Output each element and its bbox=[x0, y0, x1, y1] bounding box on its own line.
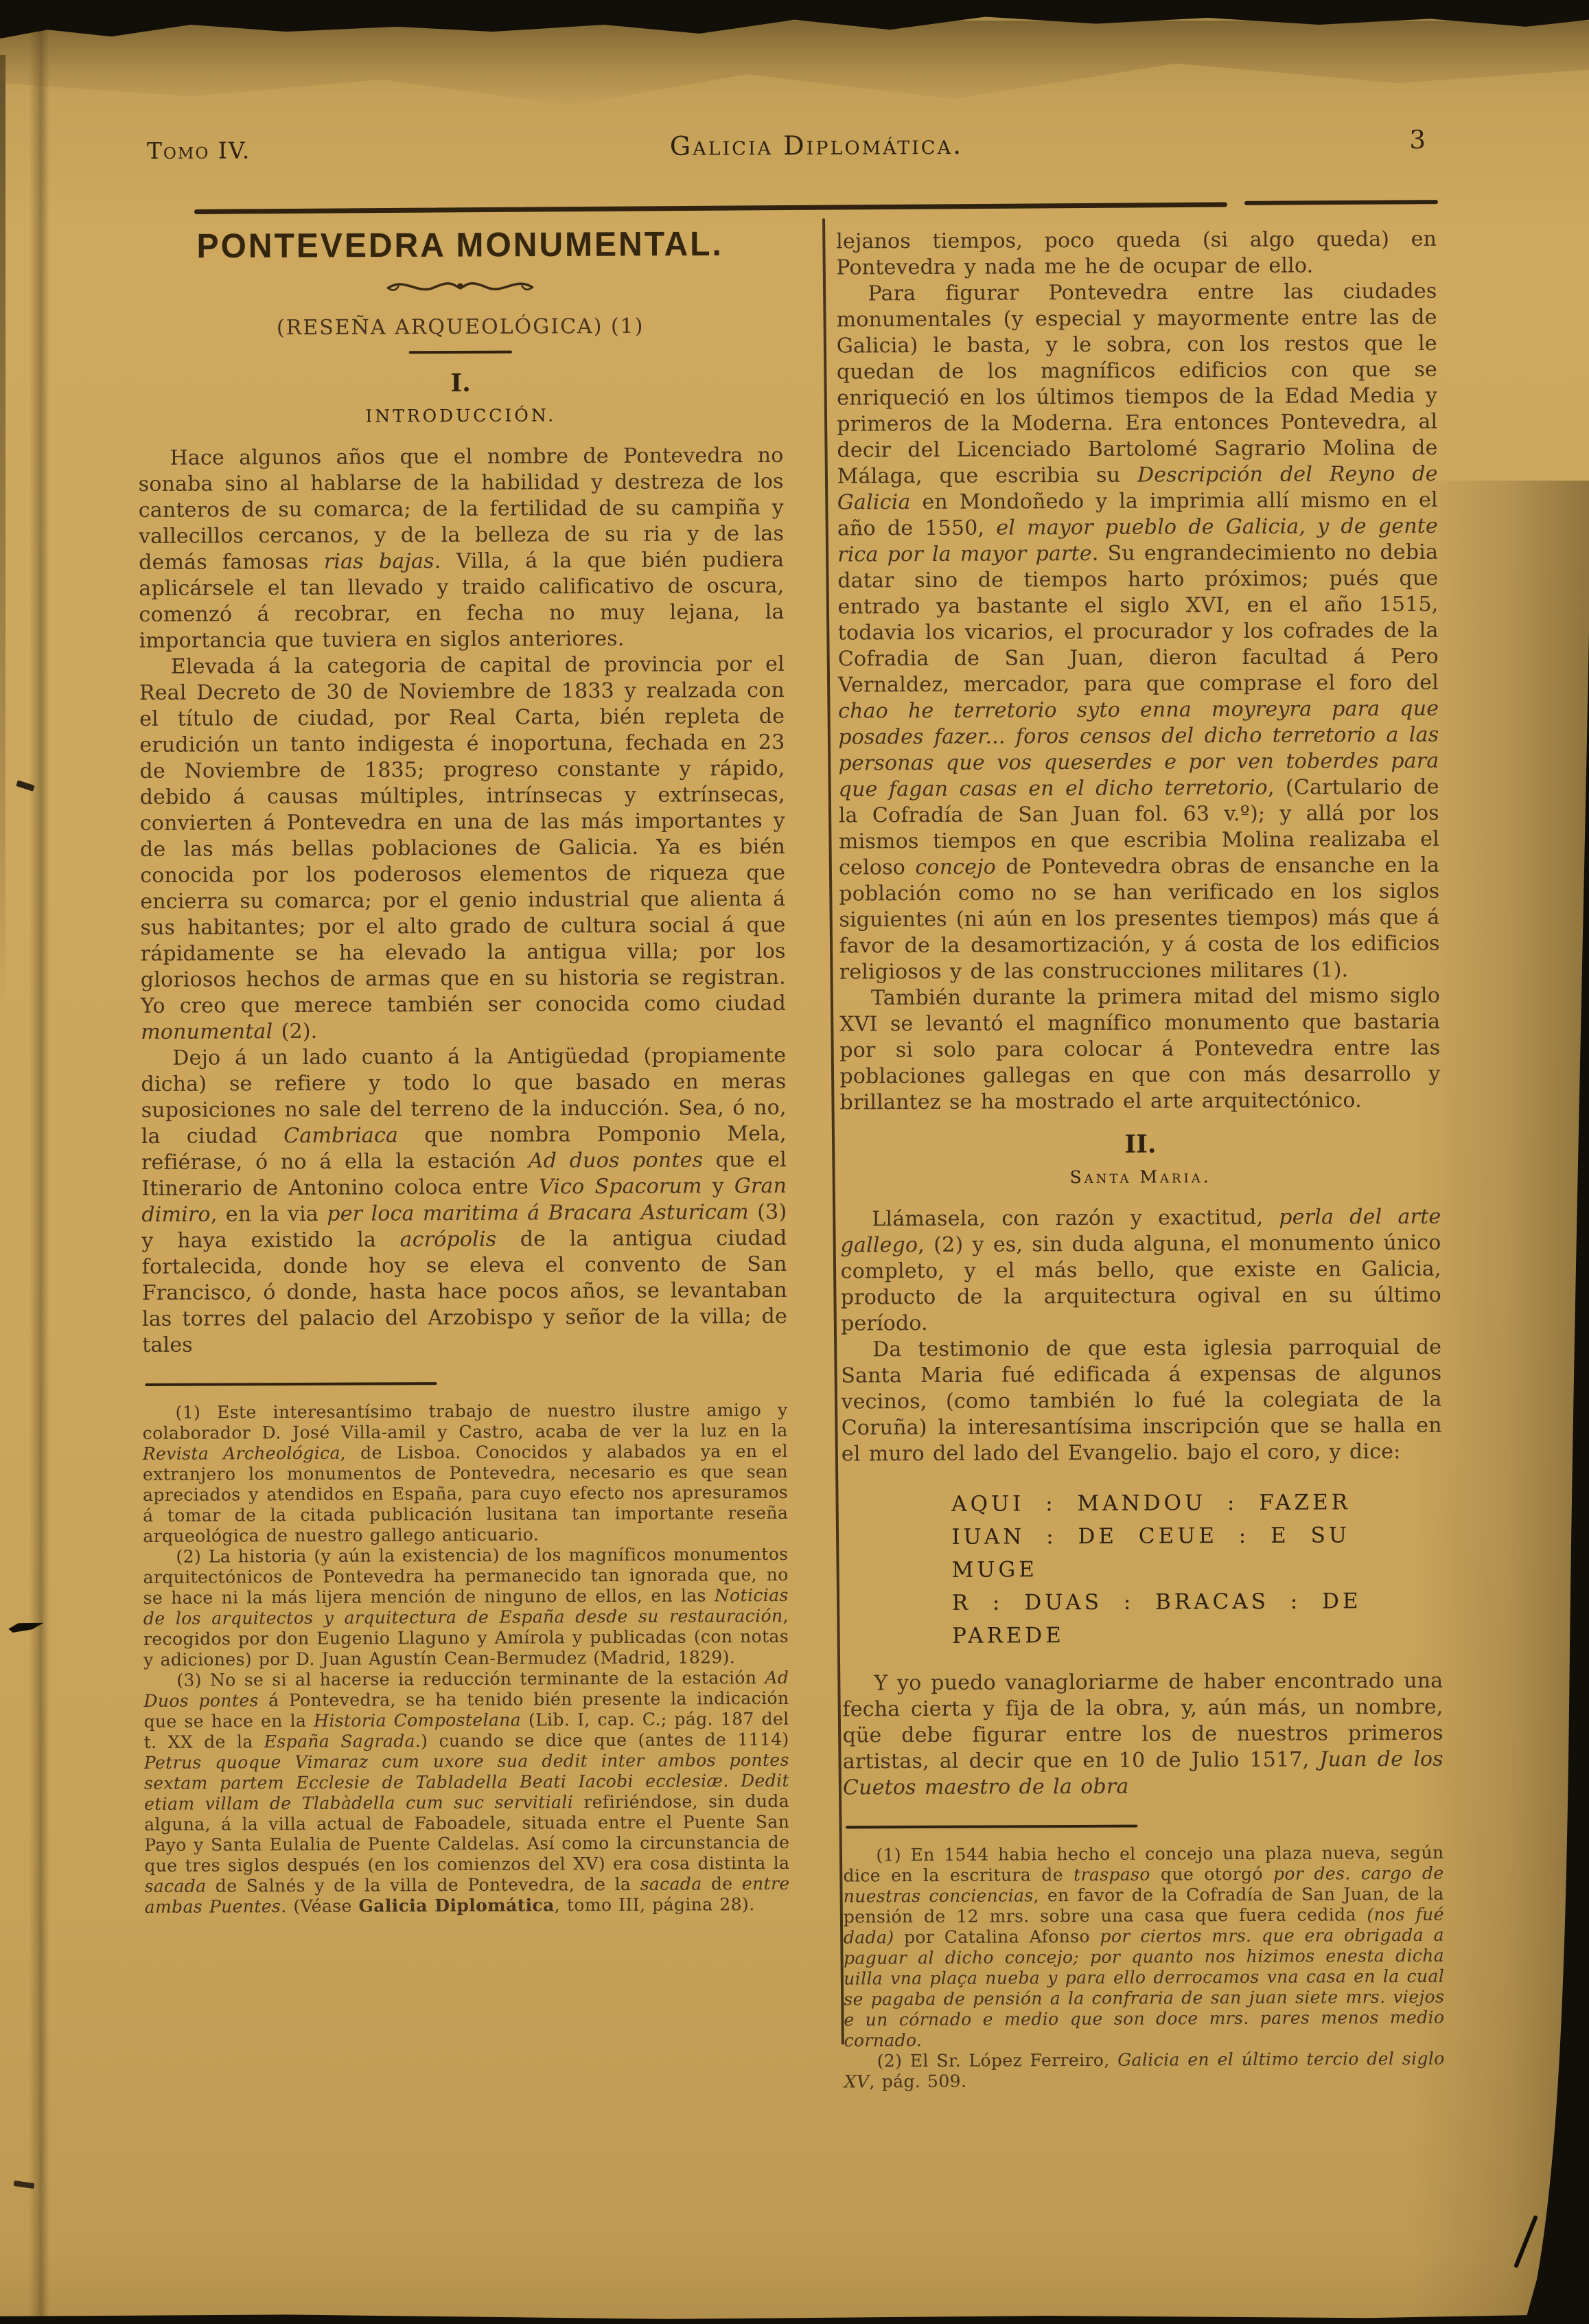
paragraph: Elevada á la categoria de capital de pro… bbox=[139, 652, 786, 1046]
footnote: (2) La historia (y aún la existencia) de… bbox=[143, 1544, 789, 1670]
text-run: Para figurar Pontevedra entre las ciudad… bbox=[837, 279, 1438, 489]
text-run: . (Véase bbox=[281, 1896, 358, 1916]
scan-torn-edge-shade bbox=[0, 21, 1589, 110]
text-run: Revista Archeológica bbox=[143, 1443, 340, 1464]
paragraph: lejanos tiempos, poco queda (si algo que… bbox=[836, 227, 1437, 281]
paragraph: Y yo puedo vanagloriarme de haber encont… bbox=[842, 1668, 1443, 1802]
text-run: concejo bbox=[915, 855, 996, 880]
text-run: lejanos tiempos, poco queda (si algo que… bbox=[836, 227, 1437, 280]
paragraph: También durante la primera mitad del mis… bbox=[839, 983, 1441, 1116]
running-head: Tomo IV. Galicia Diplomática. 3 bbox=[0, 124, 1589, 179]
scan-binding-crease bbox=[29, 27, 49, 2324]
article-title: PONTEVEDRA MONUMENTAL. bbox=[137, 225, 782, 266]
footnote: (3) No se si al hacerse ia reducción ter… bbox=[143, 1668, 790, 1918]
header-rule-segment bbox=[1244, 200, 1438, 205]
text-run: Vico Spacorum bbox=[539, 1174, 702, 1199]
text-run: Elevada á la categoria de capital de pro… bbox=[139, 652, 786, 1018]
text-run: sacada bbox=[640, 1874, 702, 1894]
text-run: de Salnés y de la villa de Pontevedra, d… bbox=[206, 1874, 640, 1896]
paragraph: Da testimonio de que esta iglesia parroq… bbox=[841, 1335, 1442, 1468]
section-number: I. bbox=[138, 367, 783, 399]
text-block: PONTEVEDRA MONUMENTAL.(RESEÑA ARQUEOLÓGI… bbox=[137, 213, 1450, 2095]
paragraph: Llámasela, con razón y exactitud, perla … bbox=[840, 1204, 1441, 1337]
text-run: (2) El Sr. López Ferreiro, bbox=[877, 2050, 1118, 2071]
scan-top-black-band bbox=[0, 0, 1589, 49]
section-heading: Santa Maria. bbox=[840, 1166, 1441, 1189]
text-run: acrópolis bbox=[400, 1228, 497, 1252]
scan-right-black-edge bbox=[1500, 0, 1589, 2324]
inscription-line: IUAN : DE CEUE : E SU MUGE bbox=[951, 1519, 1442, 1587]
article-subtitle: (RESEÑA ARQUEOLÓGICA) (1) bbox=[138, 314, 783, 341]
text-run: (3) No se si al hacerse ia reducción ter… bbox=[176, 1668, 765, 1690]
text-run: (1) Este interesantísimo trabajo de nues… bbox=[143, 1400, 788, 1443]
footnote: (1) En 1544 habia hecho el concejo una p… bbox=[843, 1843, 1444, 2051]
left-column: PONTEVEDRA MONUMENTAL.(RESEÑA ARQUEOLÓGI… bbox=[137, 216, 791, 2095]
text-run: sacada bbox=[145, 1876, 207, 1896]
text-run: por Catalina Afonso bbox=[894, 1926, 1100, 1947]
page-number: 3 bbox=[1409, 125, 1426, 154]
scan-ink-speck bbox=[8, 1618, 45, 1635]
text-run: monumental bbox=[141, 1020, 272, 1044]
paragraph: Dejo á un lado cuanto á la Antigüedad (p… bbox=[141, 1043, 787, 1359]
text-run: Cambriaca bbox=[283, 1123, 398, 1148]
text-run: rias bajas bbox=[324, 549, 434, 574]
footnote-separator bbox=[846, 1825, 1137, 1829]
inscription-line: R : DUAS : BRACAS : DE PAREDE bbox=[952, 1585, 1443, 1653]
paragraph: Para figurar Pontevedra entre las ciudad… bbox=[836, 279, 1439, 986]
text-run: .) cuando se dice que (antes de 1114) bbox=[415, 1729, 789, 1751]
text-run: (2) La historia (y aún la existencia) de… bbox=[143, 1544, 789, 1608]
inscription-line: AQUI : MANDOU : FAZER bbox=[951, 1486, 1442, 1521]
header-rule bbox=[194, 202, 1227, 214]
section-heading: INTRODUCCIÓN. bbox=[138, 404, 783, 428]
text-run: , tomo III, página 28). bbox=[555, 1894, 755, 1915]
scan-bottom-black-edge bbox=[0, 2313, 1589, 2324]
text-run: España Sagrada bbox=[264, 1731, 415, 1751]
text-run: de bbox=[702, 1874, 742, 1894]
text-run: traspaso bbox=[1074, 1865, 1150, 1885]
text-run: Llámasela, con razón y exactitud, bbox=[872, 1206, 1279, 1232]
scan-ink-speck bbox=[14, 2181, 35, 2189]
masthead-title: Galicia Diplomática. bbox=[22, 127, 1589, 164]
scanned-page: Tomo IV. Galicia Diplomática. 3 PONTEVED… bbox=[0, 0, 1589, 2324]
text-run: Galicia Diplomática bbox=[358, 1895, 554, 1915]
inscription-block: AQUI : MANDOU : FAZERIUAN : DE CEUE : E … bbox=[842, 1486, 1443, 1653]
paragraph: Hace algunos años que el nombre de Ponte… bbox=[138, 443, 784, 654]
subtitle-rule bbox=[409, 351, 512, 354]
flourish-ornament-icon bbox=[381, 271, 539, 301]
text-run: Historia Compostelana bbox=[314, 1710, 521, 1731]
section-number: II. bbox=[840, 1129, 1441, 1160]
scan-left-edge-shadow bbox=[0, 55, 5, 1016]
text-run: , (2) y es, sin duda alguna, el monument… bbox=[841, 1231, 1441, 1336]
text-run: , en la via bbox=[211, 1202, 327, 1227]
right-column: lejanos tiempos, poco queda (si algo que… bbox=[836, 213, 1445, 2093]
text-run: Da testimonio de que esta iglesia parroq… bbox=[841, 1335, 1441, 1466]
footnote-separator bbox=[145, 1382, 437, 1386]
text-run: También durante la primera mitad del mis… bbox=[839, 984, 1440, 1115]
text-run: , pág. 509. bbox=[869, 2071, 966, 2092]
text-run: Ad duos pontes bbox=[529, 1148, 703, 1173]
scan-ink-speck bbox=[16, 780, 35, 792]
text-run: (2). bbox=[272, 1020, 317, 1044]
text-run: y bbox=[702, 1174, 734, 1198]
text-run: per loca maritima á Bracara Asturicam bbox=[327, 1200, 749, 1226]
text-run: que otorgó bbox=[1150, 1864, 1273, 1885]
footnote: (2) El Sr. López Ferreiro, Galicia en el… bbox=[844, 2049, 1445, 2093]
footnote: (1) Este interesantísimo trabajo de nues… bbox=[143, 1400, 789, 1547]
